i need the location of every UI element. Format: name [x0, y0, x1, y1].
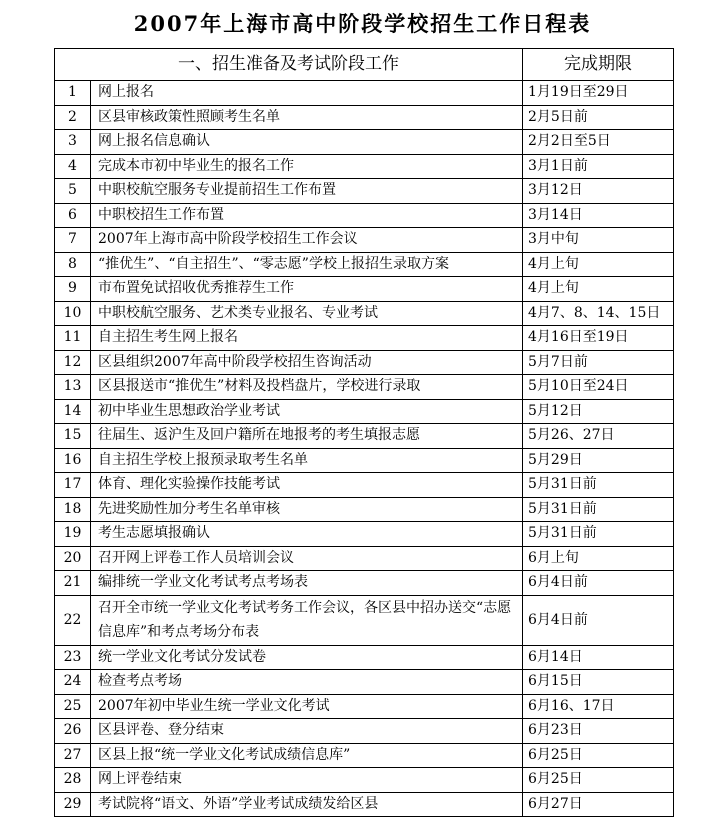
row-number: 5: [55, 179, 91, 204]
row-number: 19: [55, 522, 91, 547]
row-deadline: 3月中旬: [523, 228, 674, 253]
row-number: 25: [55, 694, 91, 719]
row-task: 网上评卷结束: [91, 768, 523, 793]
row-task: 中职校航空服务专业提前招生工作布置: [91, 179, 523, 204]
row-number: 2: [55, 105, 91, 130]
row-number: 17: [55, 473, 91, 498]
table-row: 29考试院将“语文、外语”学业考试成绩发给区县6月27日: [55, 792, 674, 817]
row-number: 13: [55, 375, 91, 400]
row-deadline: 3月12日: [523, 179, 674, 204]
row-deadline: 6月14日: [523, 645, 674, 670]
row-task: 中职校招生工作布置: [91, 203, 523, 228]
row-deadline: 5月29日: [523, 448, 674, 473]
table-row: 1网上报名1月19日至29日: [55, 81, 674, 106]
row-number: 1: [55, 81, 91, 106]
row-deadline: 2月2日至5日: [523, 130, 674, 155]
table-row: 2区县审核政策性照顾考生名单2月5日前: [55, 105, 674, 130]
row-number: 21: [55, 571, 91, 596]
row-task: 先进奖励性加分考生名单审核: [91, 497, 523, 522]
table-row: 72007年上海市高中阶段学校招生工作会议3月中旬: [55, 228, 674, 253]
table-row: 21编排统一学业文化考试考点考场表6月4日前: [55, 571, 674, 596]
row-task: 市布置免试招收优秀推荐生工作: [91, 277, 523, 302]
row-number: 8: [55, 252, 91, 277]
row-deadline: 6月上旬: [523, 546, 674, 571]
row-deadline: 5月26、27日: [523, 424, 674, 449]
header-deadline: 完成期限: [523, 49, 674, 81]
row-number: 4: [55, 154, 91, 179]
row-deadline: 6月4日前: [523, 571, 674, 596]
table-row: 19考生志愿填报确认5月31日前: [55, 522, 674, 547]
row-task: 网上报名信息确认: [91, 130, 523, 155]
row-deadline: 1月19日至29日: [523, 81, 674, 106]
row-task: 自主招生考生网上报名: [91, 326, 523, 351]
row-number: 11: [55, 326, 91, 351]
table-row: 18先进奖励性加分考生名单审核5月31日前: [55, 497, 674, 522]
row-task: 考生志愿填报确认: [91, 522, 523, 547]
row-task: 区县评卷、登分结束: [91, 719, 523, 744]
row-task: 初中毕业生思想政治学业考试: [91, 399, 523, 424]
row-deadline: 6月25日: [523, 768, 674, 793]
row-deadline: 6月25日: [523, 743, 674, 768]
table-row: 3网上报名信息确认2月2日至5日: [55, 130, 674, 155]
row-number: 9: [55, 277, 91, 302]
row-task: 区县报送市“推优生”材料及投档盘片，学校进行录取: [91, 375, 523, 400]
table-row: 17体育、理化实验操作技能考试5月31日前: [55, 473, 674, 498]
row-deadline: 5月7日前: [523, 350, 674, 375]
table-row: 24检查考点考场6月15日: [55, 670, 674, 695]
table-row: 9市布置免试招收优秀推荐生工作4月上旬: [55, 277, 674, 302]
row-deadline: 6月16、17日: [523, 694, 674, 719]
row-number: 22: [55, 595, 91, 645]
table-row: 10中职校航空服务、艺术类专业报名、专业考试4月7、8、14、15日: [55, 301, 674, 326]
table-row: 26区县评卷、登分结束6月23日: [55, 719, 674, 744]
row-number: 15: [55, 424, 91, 449]
row-deadline: 6月23日: [523, 719, 674, 744]
row-deadline: 5月10日至24日: [523, 375, 674, 400]
row-number: 29: [55, 792, 91, 817]
row-task: 完成本市初中毕业生的报名工作: [91, 154, 523, 179]
row-task: 召开网上评卷工作人员培训会议: [91, 546, 523, 571]
row-task: 检查考点考场: [91, 670, 523, 695]
table-row: 27区县上报“统一学业文化考试成绩信息库”6月25日: [55, 743, 674, 768]
row-deadline: 3月1日前: [523, 154, 674, 179]
row-task: 往届生、返沪生及回户籍所在地报考的考生填报志愿: [91, 424, 523, 449]
table-row: 252007年初中毕业生统一学业文化考试6月16、17日: [55, 694, 674, 719]
row-number: 3: [55, 130, 91, 155]
row-deadline: 4月上旬: [523, 277, 674, 302]
row-task: “推优生”、“自主招生”、“零志愿”学校上报招生录取方案: [91, 252, 523, 277]
table-row: 15往届生、返沪生及回户籍所在地报考的考生填报志愿5月26、27日: [55, 424, 674, 449]
table-row: 6中职校招生工作布置3月14日: [55, 203, 674, 228]
table-row: 16自主招生学校上报预录取考生名单5月29日: [55, 448, 674, 473]
row-task: 中职校航空服务、艺术类专业报名、专业考试: [91, 301, 523, 326]
row-number: 10: [55, 301, 91, 326]
row-number: 24: [55, 670, 91, 695]
row-deadline: 6月27日: [523, 792, 674, 817]
table-row: 4完成本市初中毕业生的报名工作3月1日前: [55, 154, 674, 179]
header-row: 一、招生准备及考试阶段工作 完成期限: [55, 49, 674, 81]
row-task: 区县组织2007年高中阶段学校招生咨询活动: [91, 350, 523, 375]
row-number: 28: [55, 768, 91, 793]
row-task: 考试院将“语文、外语”学业考试成绩发给区县: [91, 792, 523, 817]
table-row: 23统一学业文化考试分发试卷6月14日: [55, 645, 674, 670]
header-section: 一、招生准备及考试阶段工作: [55, 49, 523, 81]
row-deadline: 5月31日前: [523, 522, 674, 547]
row-number: 14: [55, 399, 91, 424]
row-number: 12: [55, 350, 91, 375]
table-row: 22召开全市统一学业文化考试考务工作会议，各区县中招办送交“志愿信息库”和考点考…: [55, 595, 674, 645]
table-row: 14初中毕业生思想政治学业考试5月12日: [55, 399, 674, 424]
row-task: 统一学业文化考试分发试卷: [91, 645, 523, 670]
row-task: 召开全市统一学业文化考试考务工作会议，各区县中招办送交“志愿信息库”和考点考场分…: [91, 595, 523, 645]
table-row: 20召开网上评卷工作人员培训会议6月上旬: [55, 546, 674, 571]
row-task: 区县上报“统一学业文化考试成绩信息库”: [91, 743, 523, 768]
row-number: 23: [55, 645, 91, 670]
row-deadline: 5月31日前: [523, 497, 674, 522]
row-number: 6: [55, 203, 91, 228]
row-deadline: 5月31日前: [523, 473, 674, 498]
row-number: 27: [55, 743, 91, 768]
row-task: 2007年初中毕业生统一学业文化考试: [91, 694, 523, 719]
table-row: 28网上评卷结束6月25日: [55, 768, 674, 793]
row-number: 7: [55, 228, 91, 253]
row-deadline: 2月5日前: [523, 105, 674, 130]
row-deadline: 5月12日: [523, 399, 674, 424]
table-row: 11自主招生考生网上报名4月16日至19日: [55, 326, 674, 351]
schedule-table: 一、招生准备及考试阶段工作 完成期限 1网上报名1月19日至29日 2区县审核政…: [54, 48, 674, 817]
row-number: 16: [55, 448, 91, 473]
document-title: 2007年上海市高中阶段学校招生工作日程表: [0, 8, 725, 38]
row-task: 区县审核政策性照顾考生名单: [91, 105, 523, 130]
table-row: 8“推优生”、“自主招生”、“零志愿”学校上报招生录取方案4月上旬: [55, 252, 674, 277]
row-deadline: 6月4日前: [523, 595, 674, 645]
row-deadline: 4月7、8、14、15日: [523, 301, 674, 326]
row-task: 2007年上海市高中阶段学校招生工作会议: [91, 228, 523, 253]
table-row: 12区县组织2007年高中阶段学校招生咨询活动5月7日前: [55, 350, 674, 375]
row-deadline: 6月15日: [523, 670, 674, 695]
row-task: 体育、理化实验操作技能考试: [91, 473, 523, 498]
row-deadline: 4月上旬: [523, 252, 674, 277]
row-task: 网上报名: [91, 81, 523, 106]
row-number: 20: [55, 546, 91, 571]
row-number: 26: [55, 719, 91, 744]
row-deadline: 3月14日: [523, 203, 674, 228]
table-row: 13区县报送市“推优生”材料及投档盘片，学校进行录取5月10日至24日: [55, 375, 674, 400]
row-task: 编排统一学业文化考试考点考场表: [91, 571, 523, 596]
row-number: 18: [55, 497, 91, 522]
table-row: 5中职校航空服务专业提前招生工作布置3月12日: [55, 179, 674, 204]
row-task: 自主招生学校上报预录取考生名单: [91, 448, 523, 473]
row-deadline: 4月16日至19日: [523, 326, 674, 351]
